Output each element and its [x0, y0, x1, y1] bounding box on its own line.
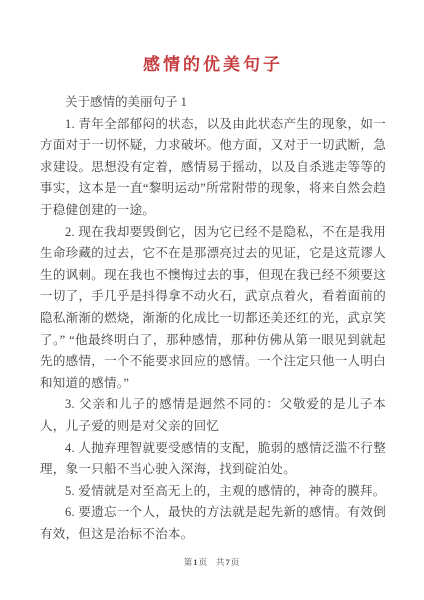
paragraph-4: 4. 人抛弃理智就要受感情的支配，脆弱的感情泛滥不行整理，象一只船不当心驶入深海…	[40, 438, 386, 481]
paragraph-5: 5. 爱情就是对至高无上的，主观的感情的，神奇的膜拜。	[40, 481, 386, 503]
footer-total-prefix: 共	[216, 557, 226, 567]
document-body: 1. 青年全部郁闷的状态，以及由此状态产生的现象，如一方面对于一切怀疑，力求破坏…	[40, 114, 386, 546]
paragraph-2: 2. 现在我却要毁倒它，因为它已经不是隐私，不在是我用生命珍藏的过去，它不在是那…	[40, 222, 386, 395]
document-subtitle: 关于感情的美丽句子 1	[40, 92, 386, 114]
paragraph-3: 3. 父亲和儿子的感情是迥然不同的：父敬爱的是儿子本人，儿子爱的则是对父亲的回忆	[40, 394, 386, 437]
paragraph-1: 1. 青年全部郁闷的状态，以及由此状态产生的现象，如一方面对于一切怀疑，力求破坏…	[40, 114, 386, 222]
paragraph-6: 6. 要遗忘一个人，最快的方法就是起先新的感情。有效倒有效，但这是治标不治本。	[40, 502, 386, 545]
page-footer: 第1页共7页	[0, 556, 424, 568]
footer-page-prefix: 第	[184, 557, 194, 567]
footer-page-unit: 页	[198, 557, 208, 567]
page-title: 感情的优美句子	[40, 50, 386, 75]
footer-total-unit: 页	[231, 557, 241, 567]
document-page: 感情的优美句子 关于感情的美丽句子 1 1. 青年全部郁闷的状态，以及由此状态产…	[0, 0, 424, 600]
